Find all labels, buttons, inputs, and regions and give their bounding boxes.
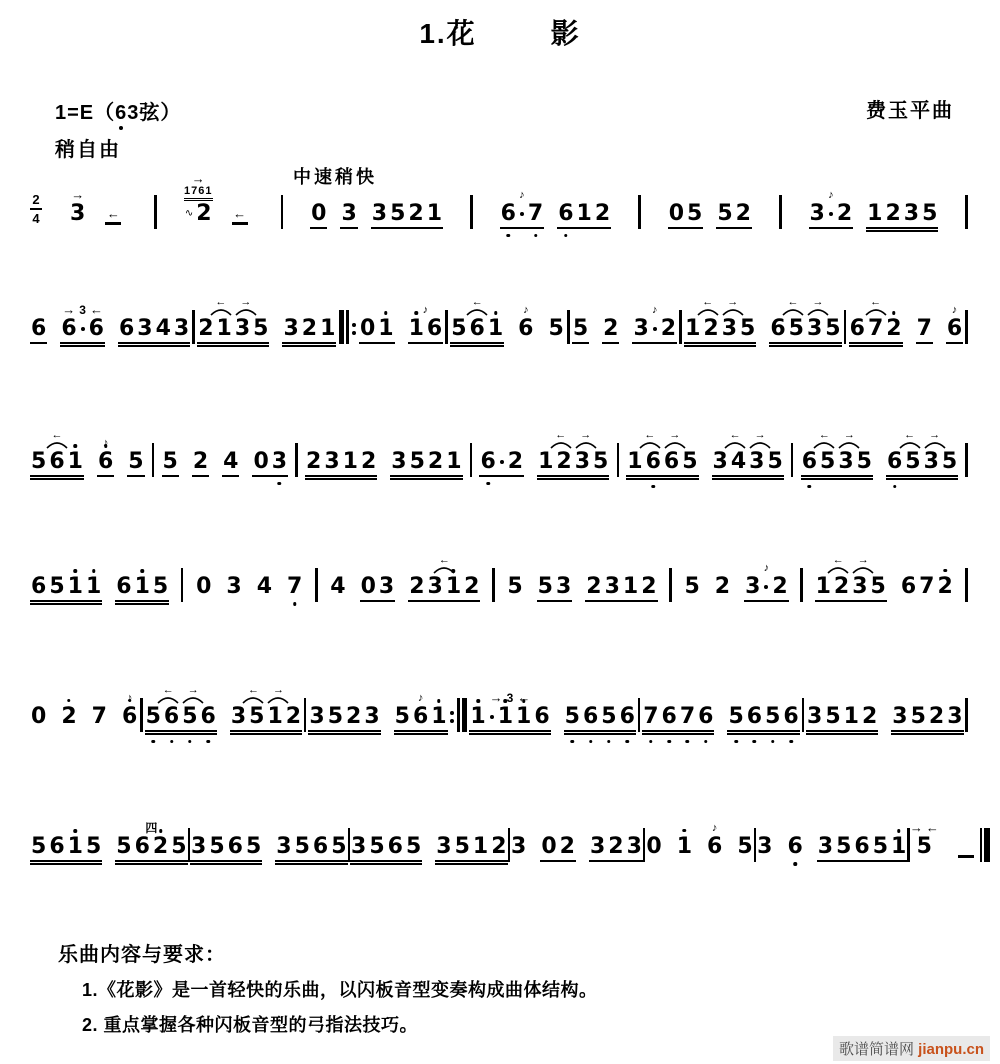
note-group: 7 [91,704,108,733]
note-digit: 5 [249,706,264,728]
augmentation-dot [653,327,657,331]
note-digit: 3 [436,836,451,858]
note-digit: 5 [825,318,840,340]
note-group: ←→3512 [230,685,302,732]
note-digit: 6 [850,318,865,340]
note-group: 3523 [891,704,963,732]
octave-dot-below [686,740,690,744]
octave-dot-above [128,699,132,703]
note-digit: 7 [92,706,107,728]
note-digit: 7 [919,576,934,598]
barline-single [965,698,968,732]
note-digit: 3 [231,706,246,728]
note-digit: 5 [395,706,410,728]
note-digit: 0 [361,576,376,598]
note-digit: 5 [163,451,178,473]
note-group: 5 [547,316,564,345]
measure: ←→1235672 [815,555,954,602]
barline-single [679,310,682,344]
note-digit: 6 [413,706,428,728]
octave-dot-below [564,234,568,238]
note-digit: 2 [302,318,317,340]
measure: 01♪65 [645,823,753,863]
note-group: 5656 [727,704,799,732]
note-digit: 1 [470,706,485,728]
octave-dot-above [92,569,96,573]
note-digit: 1 [867,203,882,225]
note-digit: 5 [728,706,743,728]
octave-dot-below [667,740,671,744]
note-group: 3521 [390,449,462,477]
measure: ←6727♪6 [849,297,964,344]
measure: ←→1665←→3435 [626,430,784,477]
measure: →3← [69,188,127,230]
note-digit: 3 [276,836,291,858]
note-digit: 6 [480,451,495,473]
note-group: 2 [192,449,209,477]
barline-single [445,310,448,344]
note-group: ♪561 [394,693,448,732]
note-digit: 6 [122,706,137,728]
note-digit: 0 [253,451,268,473]
note-digit: 5 [740,318,755,340]
bow-left-arrow-icon: ← [90,303,103,316]
note-digit: 3 [137,318,152,340]
note-group: 01 [359,316,395,344]
note-digit: 5 [836,836,851,858]
note-digit: 1 [378,318,393,340]
note-group: 6343 [118,316,190,344]
note-digit: 3 [807,706,822,728]
note-digit: 2 [862,706,877,728]
note-digit: 2 [409,576,424,598]
measure: 3635651 [756,834,907,863]
watermark-domain: jianpu.cn [918,1041,984,1058]
slur-left-arrow-icon: ← [466,297,488,316]
note-digit: 5 [507,576,522,598]
note-digit: 0 [360,318,375,340]
bow-left-arrow-icon: ← [107,207,120,220]
grace-flag-icon: ♪ [828,190,834,201]
barline-single [638,698,641,732]
note-digit: 6 [901,576,916,598]
note-group: 4 [329,574,346,603]
note-digit: 5 [246,836,261,858]
note-group: 5 [683,574,700,603]
octave-dot-below [293,602,297,606]
measure: 52403 [162,449,289,477]
octave-dot-above [437,699,441,703]
note-item-1: 1.《花影》是一首轻快的乐曲，以闪板音型变奏构成曲体结构。 [82,976,598,1002]
octave-dot-below [789,740,793,744]
note-digit: 6 [662,706,677,728]
note-group: ←2312 [408,555,480,602]
barline-single [617,443,620,477]
note-digit: 3 [590,836,605,858]
note-group: ←→1235 [815,555,887,602]
note-digit: 1 [135,576,150,598]
note-digit: 5 [451,318,466,340]
note-digit: 6 [664,451,679,473]
score-line-5: 027♪6←→5656←→35123523♪561→3←111656567676… [30,668,968,732]
bow-right-arrow-icon: → [62,303,75,316]
note-digit: 2 [196,203,211,225]
note-digit: 1 [488,318,503,340]
note-digit: 0 [646,836,661,858]
barline-single [567,310,570,344]
note-group: 52 [716,201,752,229]
note-digit: 1 [68,576,83,598]
slur-left-arrow-icon: ← [865,297,887,316]
note-group: ♪6 [97,438,114,477]
barline-single [181,568,184,602]
repeat-dots [352,323,356,335]
octave-dot-above [897,829,901,833]
barline-single [638,195,641,229]
measure: 3523♪561 [308,693,447,732]
note-group: 6 [786,834,803,863]
octave-dot-above [74,829,78,833]
note-digit: 6 [747,706,762,728]
note-digit: 5 [601,706,616,728]
portamento-squiggle: ∿ [185,209,193,219]
note-group: ←→6535 [886,430,958,477]
note-group: 3521 [371,201,443,229]
note-digit: 6 [89,318,104,340]
note-digit: 3 [372,203,387,225]
barline-single [965,443,968,477]
octave-dot-above [683,829,687,833]
fingering-mark: 3 [507,692,514,704]
note-digit: 2 [286,706,301,728]
note-digit: 1 [86,576,101,598]
grace-flag-icon: ♪ [652,305,658,316]
note-digit: 5 [182,706,197,728]
note-digit: 6 [947,318,962,340]
note-digit: 2 [193,451,208,473]
barline-single [295,443,298,477]
slur-left-arrow-icon: ← [813,430,835,449]
measure: ←→2135321 [197,297,336,344]
note-digit: 4 [330,576,345,598]
note-digit: 3 [226,576,241,598]
note-digit: 6 [707,836,722,858]
note-digit: 5 [410,451,425,473]
note-digit: 5 [911,706,926,728]
note-digit: 1 [498,706,513,728]
octave-dot-above [943,569,947,573]
measure: 033521 [310,201,443,229]
octave-dot-below [651,485,655,489]
measure: 35653512 [350,834,508,862]
note-digit: 6 [31,576,46,598]
note-digit: 5 [687,203,702,225]
note-digit: 7 [287,576,302,598]
note-digit: 2 [408,203,423,225]
measure: ←561♪65 [30,430,145,477]
octave-dot-below [170,740,174,744]
note-digit: 5 [767,451,782,473]
note-digit: 6 [534,706,549,728]
note-digit: 6 [61,318,76,340]
note-digit: 3 [324,451,339,473]
watermark: 歌谱简谱网 jianpu.cn [833,1036,990,1061]
note-digit: 3 [627,836,642,858]
note-group: 612 [557,201,611,229]
note-group: 7 [916,316,933,344]
note-digit: 2 [885,203,900,225]
note-digit: 5 [253,318,268,340]
bow-right-arrow-icon: → [490,691,503,704]
octave-dot-above [414,311,418,315]
slur-left-arrow-icon: ← [242,685,264,704]
note-digit: 1 [844,706,859,728]
score-line-2: 6→3←666343←→213532101♪16←561♪6552♪32←→12… [30,280,968,344]
note-digit: 5 [825,706,840,728]
note-group: →←5 [910,821,939,863]
note-group: ←561 [30,430,84,477]
note-group: ←→2135 [197,297,269,344]
note-group: ← [226,207,254,230]
note-digit: 1 [891,836,906,858]
slur-right-arrow-icon: → [235,297,257,316]
note-group: →3←1116 [469,691,550,732]
note-digit: 3 [191,836,206,858]
note-digit: 3 [892,706,907,728]
note-digit: 2 [641,576,656,598]
slur-right-arrow-icon: → [182,685,204,704]
note-digit: 4 [156,318,171,340]
measure: →←5 [910,821,980,863]
slur-left-arrow-icon: ← [210,297,232,316]
note-digit: 5 [328,706,343,728]
barline-single [965,195,968,229]
octave-dot-above [67,699,71,703]
note-digit: 2 [560,836,575,858]
note-group: ←→1235 [684,297,756,344]
note-digit: 6 [98,451,113,473]
time-signature: 24 [30,193,42,225]
note-digit: 2 [491,836,506,858]
slur-right-arrow-icon: → [749,430,771,449]
note-digit: 5 [684,576,699,598]
note-digit: 1 [427,203,442,225]
note-digit: 6 [787,836,802,858]
grace-note-group: →1761 [184,172,212,201]
measure: 76765656 [642,704,800,732]
octave-dot-below [486,482,490,486]
note-digit: 5 [917,836,932,858]
note-digit: 2 [361,451,376,473]
note-group: 3512 [806,704,878,732]
note-digit: 0 [669,203,684,225]
score-line-4: 65116150347403←2312553231252♪32←→1235672 [30,538,968,602]
octave-dot-above [384,311,388,315]
octave-dot-below [151,740,155,744]
note-digit: 2 [428,451,443,473]
note-digit: 5 [49,576,64,598]
slur-left-arrow-icon: ← [697,297,719,316]
octave-dot-below [534,234,538,238]
grace-flag-icon: ♪ [523,305,529,316]
augmentation-dot [829,212,833,216]
slur-right-arrow-icon: → [838,430,860,449]
note-digit: 3 [633,318,648,340]
note-digit: 5 [538,576,553,598]
note-group: ♪6 [946,305,963,344]
measure: →3←11165656 [469,691,636,732]
note-digit: 5 [942,451,957,473]
note-digit: 5 [873,836,888,858]
barline-single [802,698,805,732]
note-digit: 2 [306,451,321,473]
octave-dot-above [452,569,456,573]
note-digit: 3 [810,203,825,225]
note-digit: 6 [427,318,442,340]
note-digit: 3 [722,318,737,340]
measure: 5615四5625 [30,822,188,862]
score-line-6: 5615四5625356535653565351230232301♪653635… [30,798,968,862]
note-digit: 5 [171,836,186,858]
note-digit: 6 [164,706,179,728]
note-group: 四5625 [115,822,187,862]
note-digit: 1 [68,451,83,473]
note-group: 0 [645,834,662,863]
note-digit: 5 [390,203,405,225]
note-digit: 7 [528,203,543,225]
note-digit: 1 [409,318,424,340]
slur-left-arrow-icon: ← [550,430,572,449]
octave-dot-above [159,829,163,833]
note-digit: 3 [757,836,772,858]
slur-left-arrow-icon: ← [46,430,68,449]
note-digit: 3 [852,576,867,598]
note-group: ♪32 [809,190,854,229]
octave-dot-above [494,311,498,315]
augmentation-dot [500,460,504,464]
note-digit: 5 [682,451,697,473]
note-group: 02 [540,834,576,862]
note-group: 0 [30,704,47,733]
note-digit: 6 [501,203,516,225]
measure: 35653565 [190,834,348,862]
note-digit: 5 [573,318,588,340]
note-digit: 1 [577,203,592,225]
note-digit: 5 [905,451,920,473]
note-digit: 2 [61,706,76,728]
note-group: 4 [256,574,273,603]
note-digit: 0 [541,836,556,858]
octave-dot-below [704,740,708,744]
note-group: 2 [60,704,77,733]
note-digit: 3 [272,451,287,473]
barline-single [140,698,143,732]
octave-dot-above [522,699,526,703]
octave-dot-above [504,699,508,703]
grace-flag-icon: ♪ [712,823,718,834]
note-group: ♪6 [121,693,138,733]
note-digit: 2 [834,576,849,598]
note-group: ←→6535 [769,297,841,344]
note-digit: 7 [868,318,883,340]
slur-left-arrow-icon: ← [899,430,921,449]
note-digit: 6 [583,706,598,728]
note-digit: 1 [677,836,692,858]
barline-single [152,443,155,477]
watermark-site-name: 歌谱简谱网 [839,1041,918,1058]
note-digit: 6 [201,706,216,728]
measure: 6→3←666343 [30,303,190,344]
measure: 027♪6 [30,693,138,733]
slur-left-arrow-icon: ← [724,430,746,449]
note-group: →1761∿2 [184,172,213,229]
note-digit: 5 [295,836,310,858]
note-group: ♪32 [632,305,677,344]
barline-single [470,443,473,477]
note-digit: 7 [917,318,932,340]
note-digit: 5 [146,706,161,728]
note-digit: 6 [783,706,798,728]
measure: 62←→1235 [479,430,609,477]
grace-flag-icon: ♪ [423,305,429,316]
note-digit: 5 [455,836,470,858]
note-digit: 1 [816,576,831,598]
octave-dot-above [476,699,480,703]
note-digit: 5 [31,836,46,858]
note-digit: 6 [802,451,817,473]
measure: ←561♪65 [450,297,565,344]
measure: ♪321235 [809,190,939,229]
note-group: 53 [537,574,573,602]
note-digit: 6 [119,318,134,340]
note-digit: 6 [228,836,243,858]
note-digit: 3 [391,451,406,473]
note-digit: 3 [364,706,379,728]
note-digit: 5 [922,203,937,225]
measure: 52♪32 [683,563,788,602]
note-digit: 5 [765,706,780,728]
note-group: 2312 [305,449,377,477]
note-digit: 5 [820,451,835,473]
slur-right-arrow-icon: → [852,555,874,574]
note-digit: 3 [428,576,443,598]
note-digit: 1 [623,576,638,598]
note-digit: 5 [369,836,384,858]
note-group: ←→3435 [712,430,784,477]
slur-right-arrow-icon: → [722,297,744,316]
measure: 6511615 [30,574,169,602]
note-digit: 0 [31,706,46,728]
measure: 35123523 [806,704,964,732]
note-digit: 2 [508,451,523,473]
note-digit: 3 [818,836,833,858]
octave-dot-below [589,740,593,744]
sheet-music-page: 1.花影 1=E（63弦） 费玉平曲 稍自由 中速稍快 24→3←→1761∿2… [0,0,1000,1064]
note-group: ←→1235 [537,430,609,477]
note-group: 03 [252,449,288,477]
octave-dot-above [74,569,78,573]
note-digit: 1 [685,318,700,340]
note-group: 6 [30,316,47,344]
note-digit: 7 [680,706,695,728]
octave-dot-below [793,862,797,866]
note-group: ♪16 [408,305,444,344]
note-digit: 6 [854,836,869,858]
note-digit: 1 [343,451,358,473]
note-digit: 6 [646,451,661,473]
bow-left-arrow-icon: ← [926,821,939,834]
note-group: 672 [900,574,954,603]
